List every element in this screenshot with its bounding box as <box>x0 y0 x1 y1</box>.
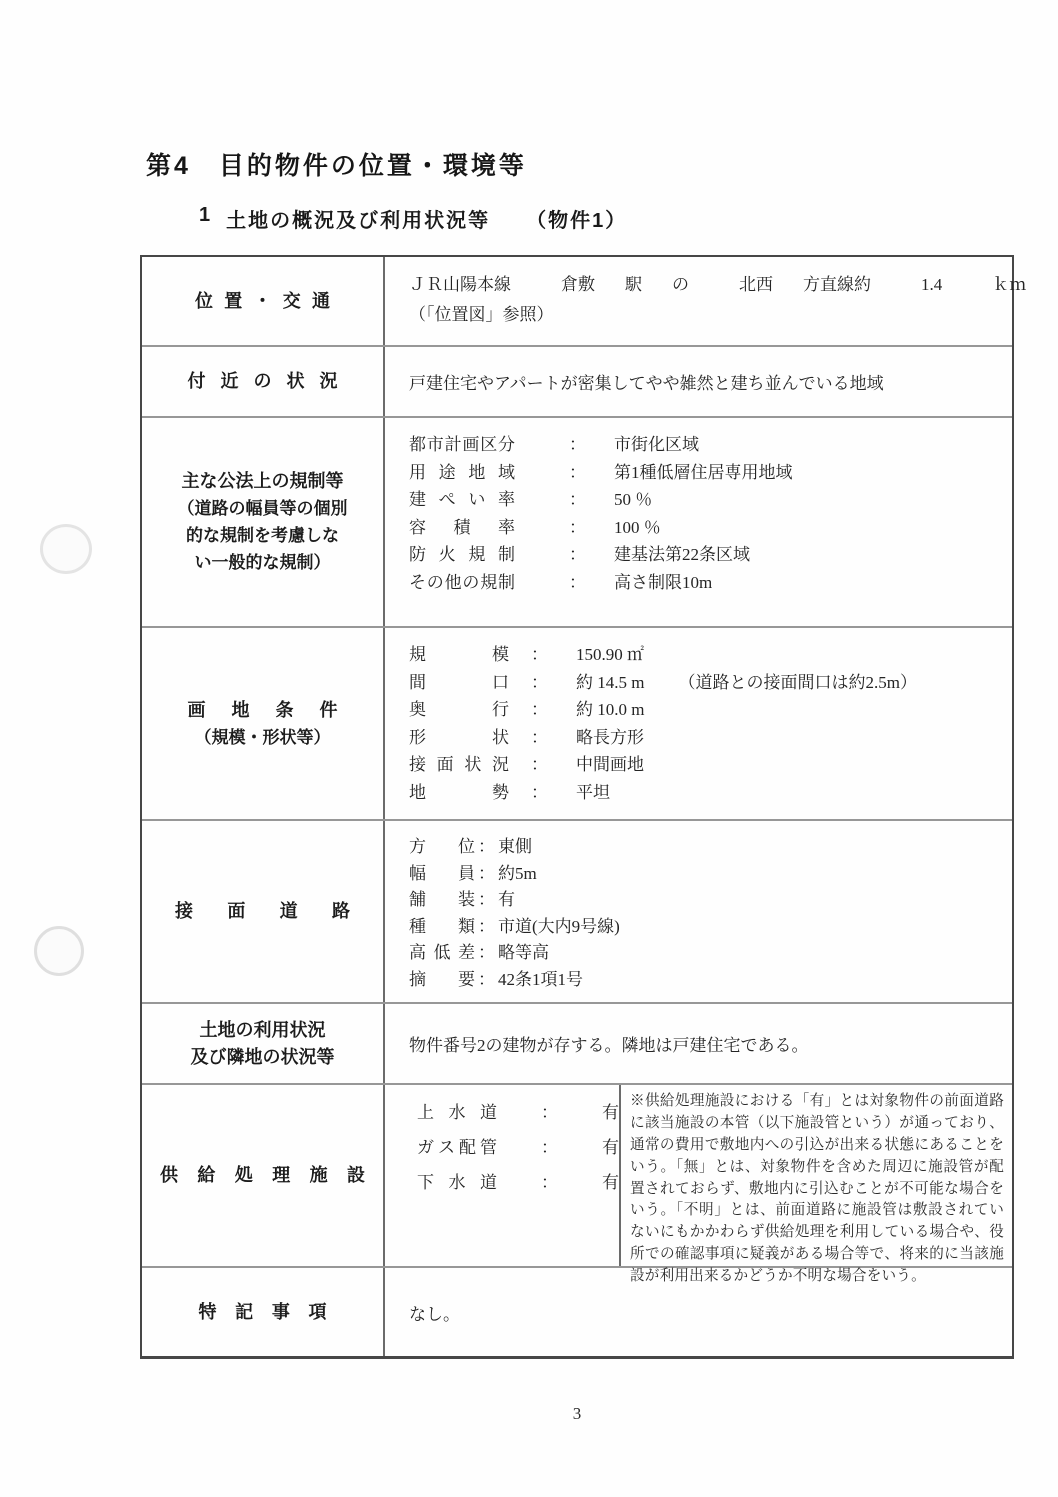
separator-colon: ： <box>531 696 548 724</box>
parcel-item: 地勢 ： 平坦 <box>409 779 998 807</box>
row-label: 及び隣地の状況等 <box>191 1044 335 1071</box>
regulation-value: 50 ％ <box>614 486 652 514</box>
separator-colon: ： <box>569 541 586 569</box>
table-row-frontage-road: 接面道路 方位 ： 東側 幅員 ： 約5m 舗装 ： 有 <box>142 819 1012 1002</box>
road-key: 高低差 <box>409 940 475 967</box>
road-value: 市道(大内9号線) <box>498 914 620 941</box>
page-subtitle: 1 土地の概況及び利用状況等 （物件1） <box>199 204 627 233</box>
road-value: 有 <box>498 887 515 914</box>
separator-colon: ： <box>531 751 548 779</box>
parcel-item: 間口 ： 約 14.5 m （道路との接面間口は約2.5m） <box>409 669 998 697</box>
page-number: 3 <box>140 1404 1014 1424</box>
row-label: 付近の状況 <box>188 368 338 395</box>
table-row-location: 位置・交通 ＪＲ山陽本線 倉敷 駅 の 北西 方直線約 1.4 ｋｍ （「位置図… <box>142 257 1012 345</box>
separator-colon: ： <box>531 724 548 752</box>
separator-colon: ： <box>478 967 495 994</box>
row-label: 画地条件 <box>188 697 338 724</box>
regulation-value: 高さ制限10m <box>614 569 712 597</box>
row-label-cell: 土地の利用状況 及び隣地の状況等 <box>142 1004 385 1083</box>
parcel-key: 規模 <box>409 641 509 669</box>
parcel-key: 地勢 <box>409 779 509 807</box>
punch-hole-icon <box>40 524 92 574</box>
row-label-cell: 画地条件 （規模・形状等） <box>142 628 385 819</box>
table-row-special-notes: 特記事項 なし。 <box>142 1266 1012 1356</box>
location-segment: の <box>672 270 689 300</box>
utility-key: 下水道 <box>417 1165 497 1200</box>
separator-colon: ： <box>478 914 495 941</box>
row-label-cell: 主な公法上の規制等 （道路の幅員等の個別 的な規制を考慮しな い一般的な規制） <box>142 418 385 626</box>
road-item: 舗装 ： 有 <box>409 887 998 914</box>
road-item: 種類 ： 市道(大内9号線) <box>409 914 998 941</box>
regulation-value: 第1種低層住居専用地域 <box>614 459 793 487</box>
regulation-item: 用途地域 ： 第1種低層住居専用地域 <box>409 459 998 487</box>
row-label: 土地の利用状況 <box>200 1017 326 1044</box>
regulation-item: 建ぺい率 ： 50 ％ <box>409 486 998 514</box>
separator-colon: ： <box>531 779 548 807</box>
location-map-reference: （「位置図」参照） <box>409 300 998 330</box>
row-label-note: い一般的な規制） <box>195 549 331 576</box>
separator-colon: ： <box>478 940 495 967</box>
scanned-document-page: 第4 目的物件の位置・環境等 1 土地の概況及び利用状況等 （物件1） 位置・交… <box>0 0 1058 1497</box>
section-number: 第4 <box>146 146 191 182</box>
road-value: 42条1項1号 <box>498 967 583 994</box>
road-value: 東側 <box>498 834 532 861</box>
parcel-key: 奥行 <box>409 696 509 724</box>
parcel-value: 約 10.0 m <box>576 696 644 724</box>
parcel-value: 平坦 <box>576 779 610 807</box>
section-title-text: 目的物件の位置・環境等 <box>219 146 527 182</box>
table-row-regulations: 主な公法上の規制等 （道路の幅員等の個別 的な規制を考慮しな い一般的な規制） … <box>142 416 1012 626</box>
row-label: 特記事項 <box>199 1299 327 1326</box>
utility-key: ガス配管 <box>417 1130 497 1165</box>
location-segment: 方直線約 <box>803 270 871 300</box>
row-label-cell: 位置・交通 <box>142 257 385 345</box>
road-item: 幅員 ： 約5m <box>409 861 998 888</box>
utility-value: 有 <box>602 1165 619 1200</box>
page-title: 第4 目的物件の位置・環境等 <box>146 146 527 182</box>
road-key: 摘要 <box>409 967 475 994</box>
utilities-definition-note: ※供給処理施設における「有」とは対象物件の前面道路に該当施設の本管（以下施設管と… <box>619 1085 1012 1266</box>
parcel-frontage-note: （道路との接面間口は約2.5m） <box>678 669 916 697</box>
utility-value: 有 <box>602 1130 619 1165</box>
utilities-list: 上水道 ： 有 ガス配管 ： 有 下水道 ： 有 <box>385 1085 619 1266</box>
row-label: 供給処理施設 <box>160 1162 365 1189</box>
parcel-value: 略長方形 <box>576 724 644 752</box>
separator-colon: ： <box>541 1130 558 1165</box>
location-segment: 北西 <box>739 270 773 300</box>
road-key: 種類 <box>409 914 475 941</box>
subsection-title-text: 土地の概況及び利用状況等 <box>226 204 490 233</box>
regulation-value: 市街化区域 <box>614 431 699 459</box>
parcel-value: 約 14.5 m <box>576 669 644 697</box>
parcel-value: 150.90 ㎡ <box>576 641 644 669</box>
location-line: ＪＲ山陽本線 倉敷 駅 の 北西 方直線約 1.4 ｋｍ <box>409 270 998 300</box>
utility-key: 上水道 <box>417 1095 497 1130</box>
location-segment: 駅 <box>625 270 642 300</box>
utility-item: ガス配管 ： 有 <box>417 1130 619 1165</box>
parcel-item: 奥行 ： 約 10.0 m <box>409 696 998 724</box>
parcel-key: 接面状況 <box>409 751 509 779</box>
regulation-item: 都市計画区分 ： 市街化区域 <box>409 431 998 459</box>
regulation-key: 用途地域 <box>409 459 515 487</box>
road-value: 略等高 <box>498 940 549 967</box>
separator-colon: ： <box>478 861 495 888</box>
location-segment: ＪＲ山陽本線 <box>409 270 511 300</box>
utility-item: 下水道 ： 有 <box>417 1165 619 1200</box>
punch-hole-icon <box>34 926 84 976</box>
row-label-cell: 特記事項 <box>142 1268 385 1356</box>
parcel-item: 規模 ： 150.90 ㎡ <box>409 641 998 669</box>
row-label-note: （道路の幅員等の個別 <box>178 495 348 522</box>
regulation-item: その他の規制 ： 高さ制限10m <box>409 569 998 597</box>
row-label-cell: 付近の状況 <box>142 347 385 416</box>
row-label: 主な公法上の規制等 <box>182 468 344 495</box>
regulation-key: 建ぺい率 <box>409 486 515 514</box>
utility-item: 上水道 ： 有 <box>417 1095 619 1130</box>
row-label-note: 的な規制を考慮しな <box>186 522 339 549</box>
road-value: 約5m <box>498 861 537 888</box>
separator-colon: ： <box>569 486 586 514</box>
separator-colon: ： <box>569 459 586 487</box>
regulation-value: 100 ％ <box>614 514 661 542</box>
location-distance-value: 1.4 <box>921 270 942 300</box>
table-row-utilities: 供給処理施設 上水道 ： 有 ガス配管 ： 有 下水道 <box>142 1083 1012 1266</box>
regulation-key: 都市計画区分 <box>409 431 515 459</box>
row-content-cell: なし。 <box>385 1268 1012 1356</box>
separator-colon: ： <box>541 1095 558 1130</box>
location-segment: 倉敷 <box>561 270 595 300</box>
row-label: 位置・交通 <box>195 288 330 315</box>
table-row-land-use: 土地の利用状況 及び隣地の状況等 物件番号2の建物が存する。隣地は戸建住宅である… <box>142 1002 1012 1083</box>
location-distance-unit: ｋｍ <box>992 270 1026 300</box>
utility-value: 有 <box>602 1095 619 1130</box>
parcel-key: 間口 <box>409 669 509 697</box>
row-content-cell: 方位 ： 東側 幅員 ： 約5m 舗装 ： 有 種類 ： 市道(大内9号 <box>385 821 1012 1002</box>
regulation-value: 建基法第22条区域 <box>614 541 750 569</box>
separator-colon: ： <box>541 1165 558 1200</box>
property-overview-table: 位置・交通 ＪＲ山陽本線 倉敷 駅 の 北西 方直線約 1.4 ｋｍ （「位置図… <box>140 255 1014 1359</box>
road-key: 幅員 <box>409 861 475 888</box>
separator-colon: ： <box>478 887 495 914</box>
separator-colon: ： <box>569 569 586 597</box>
row-label-cell: 供給処理施設 <box>142 1085 385 1266</box>
parcel-key: 形状 <box>409 724 509 752</box>
row-content-cell: 戸建住宅やアパートが密集してやや雑然と建ち並んでいる地域 <box>385 347 1012 416</box>
row-content-cell: 上水道 ： 有 ガス配管 ： 有 下水道 ： 有 ※供給処理施設 <box>385 1085 1012 1266</box>
row-label: 接面道路 <box>175 898 350 925</box>
separator-colon: ： <box>569 431 586 459</box>
row-content-cell: 物件番号2の建物が存する。隣地は戸建住宅である。 <box>385 1004 1012 1083</box>
vicinity-text: 戸建住宅やアパートが密集してやや雑然と建ち並んでいる地域 <box>409 369 884 394</box>
regulation-item: 容積率 ： 100 ％ <box>409 514 998 542</box>
special-notes-text: なし。 <box>409 1300 460 1325</box>
table-row-parcel-conditions: 画地条件 （規模・形状等） 規模 ： 150.90 ㎡ 間口 ： 約 14.5 … <box>142 626 1012 819</box>
regulation-item: 防火規制 ： 建基法第22条区域 <box>409 541 998 569</box>
separator-colon: ： <box>478 834 495 861</box>
separator-colon: ： <box>531 641 548 669</box>
parcel-item: 形状 ： 略長方形 <box>409 724 998 752</box>
subsection-property-note: （物件1） <box>526 204 627 233</box>
road-item: 高低差 ： 略等高 <box>409 940 998 967</box>
row-content-cell: 規模 ： 150.90 ㎡ 間口 ： 約 14.5 m （道路との接面間口は約2… <box>385 628 1012 819</box>
road-item: 方位 ： 東側 <box>409 834 998 861</box>
regulation-key: 防火規制 <box>409 541 515 569</box>
row-label-cell: 接面道路 <box>142 821 385 1002</box>
road-item: 摘要 ： 42条1項1号 <box>409 967 998 994</box>
land-use-text: 物件番号2の建物が存する。隣地は戸建住宅である。 <box>409 1031 809 1056</box>
parcel-item: 接面状況 ： 中間画地 <box>409 751 998 779</box>
separator-colon: ： <box>569 514 586 542</box>
row-label-note: （規模・形状等） <box>195 724 331 751</box>
road-key: 舗装 <box>409 887 475 914</box>
row-content-cell: ＪＲ山陽本線 倉敷 駅 の 北西 方直線約 1.4 ｋｍ （「位置図」参照） <box>385 257 1012 345</box>
road-key: 方位 <box>409 834 475 861</box>
separator-colon: ： <box>531 669 548 697</box>
table-row-vicinity: 付近の状況 戸建住宅やアパートが密集してやや雑然と建ち並んでいる地域 <box>142 345 1012 416</box>
parcel-value: 中間画地 <box>576 751 644 779</box>
regulation-key: その他の規制 <box>409 569 515 597</box>
row-content-cell: 都市計画区分 ： 市街化区域 用途地域 ： 第1種低層住居専用地域 建ぺい率 ：… <box>385 418 1012 626</box>
subsection-number: 1 <box>199 204 212 233</box>
regulation-key: 容積率 <box>409 514 515 542</box>
